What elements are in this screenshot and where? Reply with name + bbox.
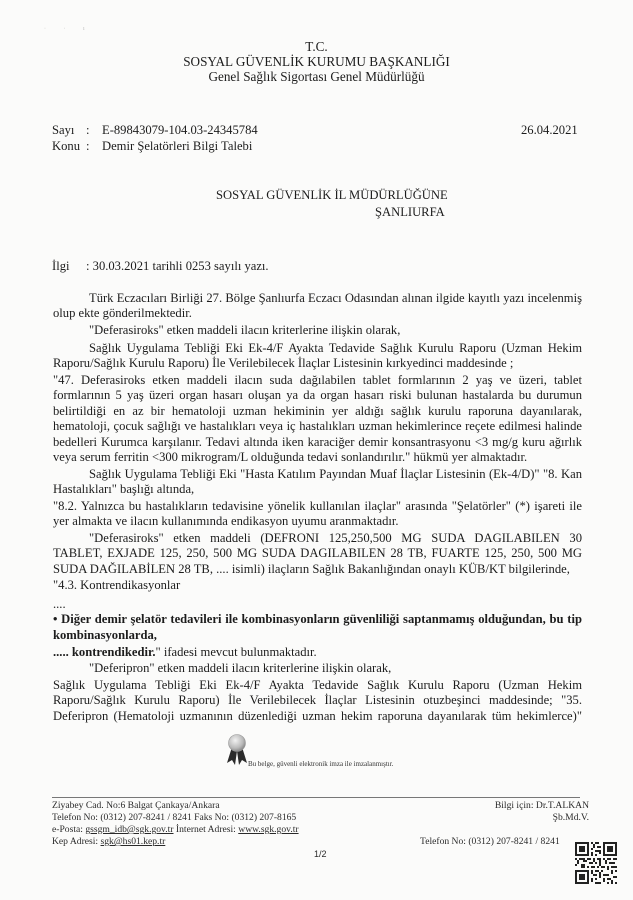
- contraindication-tail: " ifadesi mevcut bulunmaktadır.: [156, 645, 317, 659]
- ilgi-label: İlgi: [52, 259, 86, 274]
- page-number: 1/2: [314, 848, 327, 860]
- body-line: Raporu/Sağlık Kurulu Raporu) İle Verileb…: [53, 693, 582, 708]
- header-department: Genel Sağlık Sigortası Genel Müdürlüğü: [0, 69, 633, 84]
- body-line: Deferipron (Hematoloji uzmanının düzenle…: [53, 709, 582, 724]
- body-line: bedelleri Kurumca karşılanır. Tedavi alt…: [53, 435, 582, 450]
- e-signature-note: Bu belge, güvenli elektronik imza ile im…: [248, 760, 393, 768]
- sayi-value: E-89843079-104.03-24345784: [102, 123, 258, 137]
- email-label: e-Posta:: [52, 824, 83, 835]
- body-line: veya serum ferritin <300 mikrogram/L old…: [53, 450, 582, 465]
- body-line-bold: kombinasyonlarda,: [53, 628, 582, 643]
- konu-colon: :: [86, 139, 102, 154]
- header-tc: T.C.: [0, 39, 633, 54]
- konu-label: Konu: [52, 139, 86, 154]
- info-contact: Bilgi için: Dr.T.ALKAN: [495, 800, 589, 812]
- ilgi-value: : 30.03.2021 tarihli 0253 sayılı yazı.: [86, 259, 269, 273]
- sayi-label: Sayı: [52, 123, 86, 138]
- info-phone: Telefon No: (0312) 207-8241 / 8241: [420, 836, 560, 848]
- kep-link[interactable]: sgk@hs01.kep.tr: [101, 836, 166, 847]
- body-line: Sağlık Uygulama Tebliği Eki "Hasta Katıl…: [89, 467, 582, 482]
- website-link[interactable]: www.sgk.gov.tr: [238, 824, 298, 835]
- document-date: 26.04.2021: [521, 123, 578, 138]
- body-line: SUDA DAĞILABİLEN 28 TB, .... isimli) ila…: [53, 562, 582, 577]
- footer-contact: e-Posta: gssgm_idb@sgk.gov.tr İnternet A…: [52, 824, 299, 836]
- body-line: belirtildiği en az bir hematoloji uzman …: [53, 404, 582, 419]
- footer-divider: [52, 797, 580, 798]
- body-line: Raporu/Sağlık Kurulu Raporu) İle Verileb…: [53, 356, 582, 371]
- qr-code-icon: [575, 842, 617, 884]
- recipient-city: ŞANLIURFA: [375, 205, 445, 220]
- body-line: Hastalıkları" başlığı altında,: [53, 482, 582, 497]
- seal-ribbon-icon: [226, 733, 248, 767]
- body-line: "Deferasiroks" etken maddeli (DEFRONI 12…: [89, 531, 582, 546]
- meta-konu: Konu:Demir Şelatörleri Bilgi Talebi: [52, 139, 252, 154]
- body-line: "8.2. Yalnızca bu hastalıkların tedavisi…: [53, 499, 582, 514]
- body-line: olup ekte gönderilmektedir.: [53, 306, 582, 321]
- body-line: "47. Deferasiroks etken maddeli ilacın s…: [53, 373, 582, 388]
- internet-label: İnternet Adresi:: [176, 824, 236, 835]
- body-line: "Deferasiroks" etken maddeli ilacın krit…: [89, 323, 582, 338]
- body-line: Türk Eczacıları Birliği 27. Bölge Şanlıu…: [89, 291, 582, 306]
- ilgi: İlgi: 30.03.2021 tarihli 0253 sayılı yaz…: [52, 259, 269, 274]
- recipient-office: SOSYAL GÜVENLİK İL MÜDÜRLÜĞÜNE: [216, 188, 448, 203]
- sayi-colon: :: [86, 123, 102, 138]
- body-line: Sağlık Uygulama Tebliği Eki Ek-4/F Ayakt…: [89, 341, 582, 356]
- konu-value: Demir Şelatörleri Bilgi Talebi: [102, 139, 252, 153]
- body-line: yer almakta ve ilacın kullanımında endik…: [53, 514, 582, 529]
- footer-address: Ziyabey Cad. No:6 Balgat Çankaya/Ankara: [52, 800, 220, 812]
- header-institution: SOSYAL GÜVENLİK KURUMU BAŞKANLIĞI: [0, 54, 633, 69]
- email-link[interactable]: gssgm_idb@sgk.gov.tr: [85, 824, 173, 835]
- body-line: formlarının 5 yaş üzeri organ hasarı olu…: [53, 388, 582, 403]
- contraindication-bold: ..... kontrendikedir.: [53, 645, 156, 659]
- footer-phone-fax: Telefon No: (0312) 207-8241 / 8241 Faks …: [52, 812, 296, 824]
- kep-label: Kep Adresi:: [52, 836, 98, 847]
- info-title: Şb.Md.V.: [553, 812, 589, 824]
- meta-sayi: Sayı:E-89843079-104.03-24345784: [52, 123, 258, 138]
- body-line: "Deferipron" etken maddeli ilacın kriter…: [89, 661, 582, 676]
- footer-kep: Kep Adresi: sgk@hs01.kep.tr: [52, 836, 165, 848]
- body-line-mixed: ..... kontrendikedir." ifadesi mevcut bu…: [53, 645, 582, 660]
- body-line: "4.3. Kontrendikasyonlar: [53, 578, 582, 593]
- body-line: Sağlık Uygulama Tebliği Eki Ek-4/F Ayakt…: [53, 678, 582, 693]
- body-line: TABLET, EXJADE 125, 250, 500 MG SUDA DAG…: [53, 546, 582, 561]
- body-line: ....: [53, 597, 582, 612]
- scan-mark: · · ı: [44, 26, 93, 32]
- body-line: hematoloji, çocuk sağlığı ve hastalıklar…: [53, 419, 582, 434]
- body-line-bold: • Diğer demir şelatör tedavileri ile kom…: [53, 612, 582, 627]
